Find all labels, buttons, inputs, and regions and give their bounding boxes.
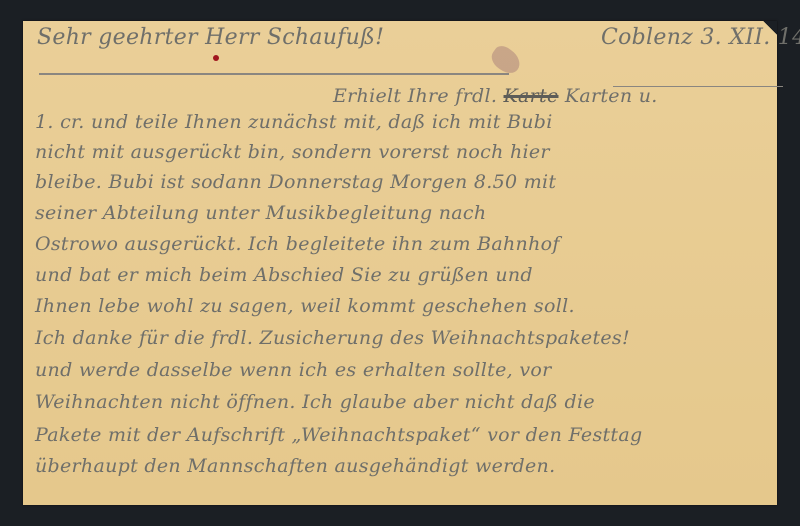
red-ink-dot	[213, 55, 219, 61]
text-fragment: Erhielt Ihre frdl.	[333, 85, 504, 107]
struck-word: Karte	[504, 85, 559, 107]
text-line: Weihnachten nicht öffnen. Ich glaube abe…	[35, 391, 595, 413]
postcard: Sehr geehrter Herr Schaufuß! Coblenz 3. …	[23, 21, 777, 505]
text-line: Ich danke für die frdl. Zusicherung des …	[35, 327, 630, 349]
text-line: Erhielt Ihre frdl. Karte Karten u.	[333, 85, 658, 107]
text-line: bleibe. Bubi ist sodann Donnerstag Morge…	[35, 171, 556, 193]
text-line: seiner Abteilung unter Musikbegleitung n…	[35, 202, 486, 224]
text-fragment: Karten u.	[559, 85, 658, 107]
text-line: Ihnen lebe wohl zu sagen, weil kommt ges…	[35, 295, 575, 317]
text-line: und bat er mich beim Abschied Sie zu grü…	[35, 264, 533, 286]
text-line: 1. cr. und teile Ihnen zunächst mit, daß…	[35, 111, 553, 133]
salutation: Sehr geehrter Herr Schaufuß!	[37, 25, 384, 50]
place-date: Coblenz 3. XII. 14	[601, 25, 800, 50]
text-line: Ostrowo ausgerückt. Ich begleitete ihn z…	[35, 233, 560, 255]
salutation-underline	[39, 73, 509, 75]
text-line: nicht mit ausgerückt bin, sondern vorers…	[35, 141, 550, 163]
text-line: Pakete mit der Aufschrift „Weihnachtspak…	[35, 424, 642, 446]
text-line: und werde dasselbe wenn ich es erhalten …	[35, 359, 552, 381]
text-line: überhaupt den Mannschaften ausgehändigt …	[35, 455, 555, 477]
